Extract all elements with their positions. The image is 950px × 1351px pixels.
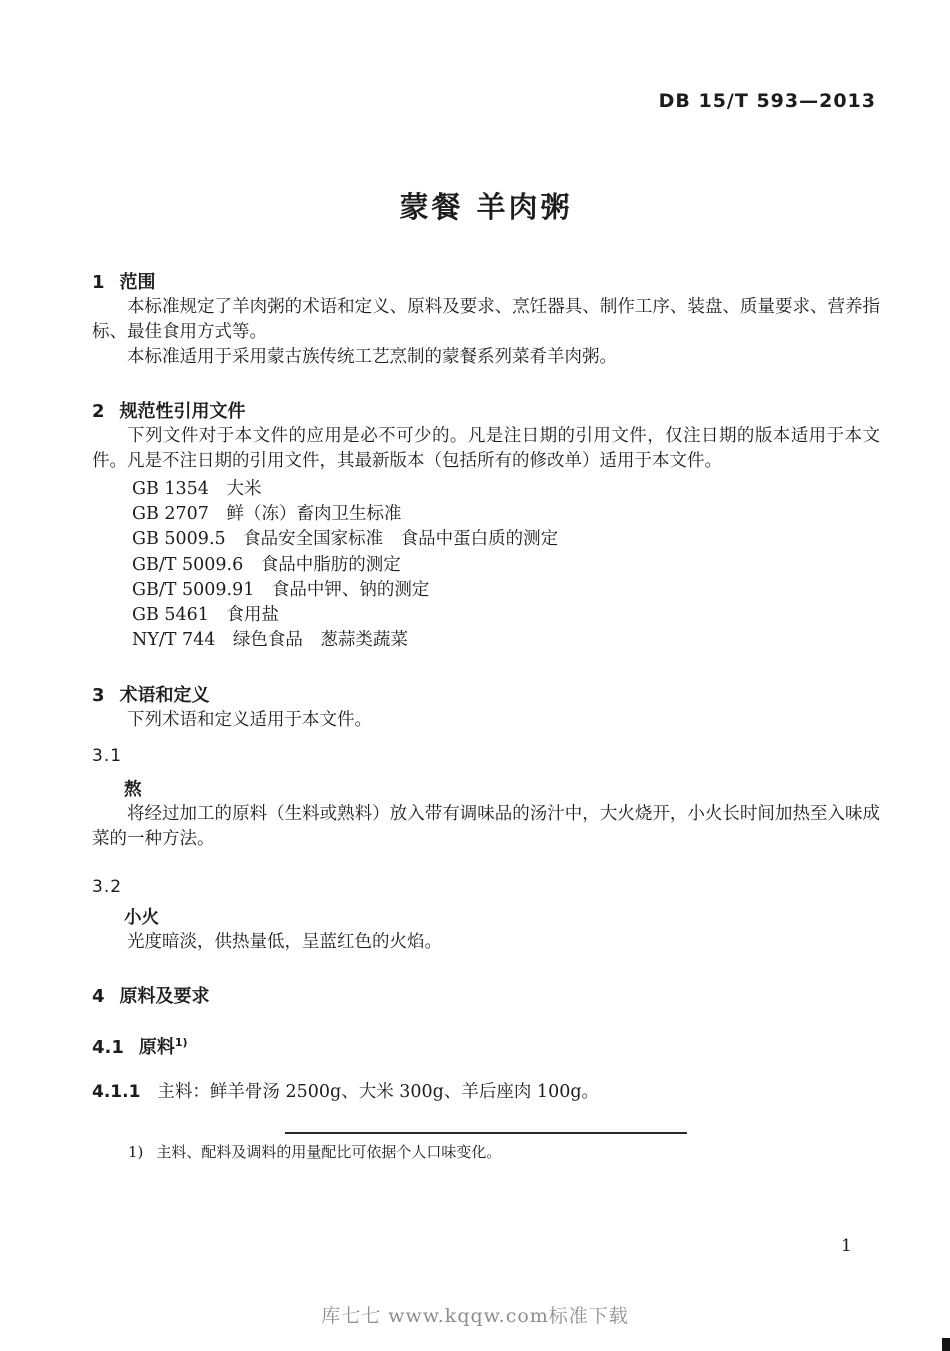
document-page: DB 15/T 593—2013 蒙餐 羊肉粥 1范围 本标准规定了羊肉粥的术语… xyxy=(0,0,950,1351)
section-1-paragraph-2: 本标准适用于采用蒙古族传统工艺烹制的蒙餐系列菜肴羊肉粥。 xyxy=(92,345,880,370)
section-1-number: 1 xyxy=(92,272,105,293)
section-3-label: 术语和定义 xyxy=(120,685,210,706)
section-4-1-number: 4.1 xyxy=(92,1037,124,1058)
section-2-label: 规范性引用文件 xyxy=(120,401,246,422)
section-4-1-label: 原料 xyxy=(139,1037,175,1058)
document-title: 蒙餐 羊肉粥 xyxy=(92,186,880,228)
watermark-text: 库七七 www.kqqw.com标准下载 xyxy=(0,1301,950,1328)
reference-item: GB 5461 食用盐 xyxy=(132,603,880,628)
section-2-heading: 2规范性引用文件 xyxy=(92,400,880,424)
standard-code: DB 15/T 593—2013 xyxy=(92,90,880,112)
clause-3-2-number: 3.2 xyxy=(92,875,880,899)
section-4-1-heading: 4.1原料1) xyxy=(92,1031,880,1060)
reference-item: NY/T 744 绿色食品 葱蒜类蔬菜 xyxy=(132,628,880,653)
section-4-label: 原料及要求 xyxy=(120,986,210,1007)
footnote-reference-mark: 1) xyxy=(175,1036,188,1049)
section-4-heading: 4原料及要求 xyxy=(92,985,880,1009)
footnote: 1)主料、配料及调料的用量配比可依据个人口味变化。 xyxy=(92,1142,880,1163)
normative-references-list: GB 1354 大米 GB 2707 鲜（冻）畜肉卫生标准 GB 5009.5 … xyxy=(92,477,880,653)
clause-3-1-number: 3.1 xyxy=(92,744,880,768)
document-content: DB 15/T 593—2013 蒙餐 羊肉粥 1范围 本标准规定了羊肉粥的术语… xyxy=(92,0,880,1163)
footnote-text: 主料、配料及调料的用量配比可依据个人口味变化。 xyxy=(156,1143,501,1161)
scan-corner-mark xyxy=(942,1338,950,1351)
clause-4-1-1-number: 4.1.1 xyxy=(92,1082,140,1102)
footnote-separator-rule xyxy=(285,1132,687,1134)
section-4-number: 4 xyxy=(92,986,105,1007)
reference-item: GB/T 5009.6 食品中脂肪的测定 xyxy=(132,553,880,578)
section-3-intro: 下列术语和定义适用于本文件。 xyxy=(92,708,880,733)
section-2-number: 2 xyxy=(92,401,105,422)
reference-item: GB 1354 大米 xyxy=(132,477,880,502)
section-3-number: 3 xyxy=(92,685,105,706)
reference-item: GB/T 5009.91 食品中钾、钠的测定 xyxy=(132,578,880,603)
section-1-paragraph-1: 本标准规定了羊肉粥的术语和定义、原料及要求、烹饪器具、制作工序、装盘、质量要求、… xyxy=(92,295,880,345)
page-number: 1 xyxy=(841,1236,852,1256)
term-xiaohuo: 小火 xyxy=(92,906,880,930)
section-3-heading: 3术语和定义 xyxy=(92,684,880,708)
reference-item: GB 2707 鲜（冻）畜肉卫生标准 xyxy=(132,502,880,527)
section-1-heading: 1范围 xyxy=(92,271,880,295)
section-2-intro: 下列文件对于本文件的应用是必不可少的。凡是注日期的引用文件，仅注日期的版本适用于… xyxy=(92,424,880,474)
term-xiaohuo-definition: 光度暗淡，供热量低，呈蓝红色的火焰。 xyxy=(92,930,880,955)
reference-item: GB 5009.5 食品安全国家标准 食品中蛋白质的测定 xyxy=(132,527,880,552)
clause-4-1-1-text: 主料：鲜羊骨汤 2500g、大米 300g、羊后座肉 100g。 xyxy=(157,1082,599,1102)
footnote-marker: 1) xyxy=(128,1143,143,1161)
section-1-label: 范围 xyxy=(120,272,156,293)
clause-4-1-1: 4.1.1主料：鲜羊骨汤 2500g、大米 300g、羊后座肉 100g。 xyxy=(92,1080,880,1105)
term-ao: 熬 xyxy=(92,778,880,802)
term-ao-definition: 将经过加工的原料（生料或熟料）放入带有调味品的汤汁中，大火烧开，小火长时间加热至… xyxy=(92,802,880,852)
